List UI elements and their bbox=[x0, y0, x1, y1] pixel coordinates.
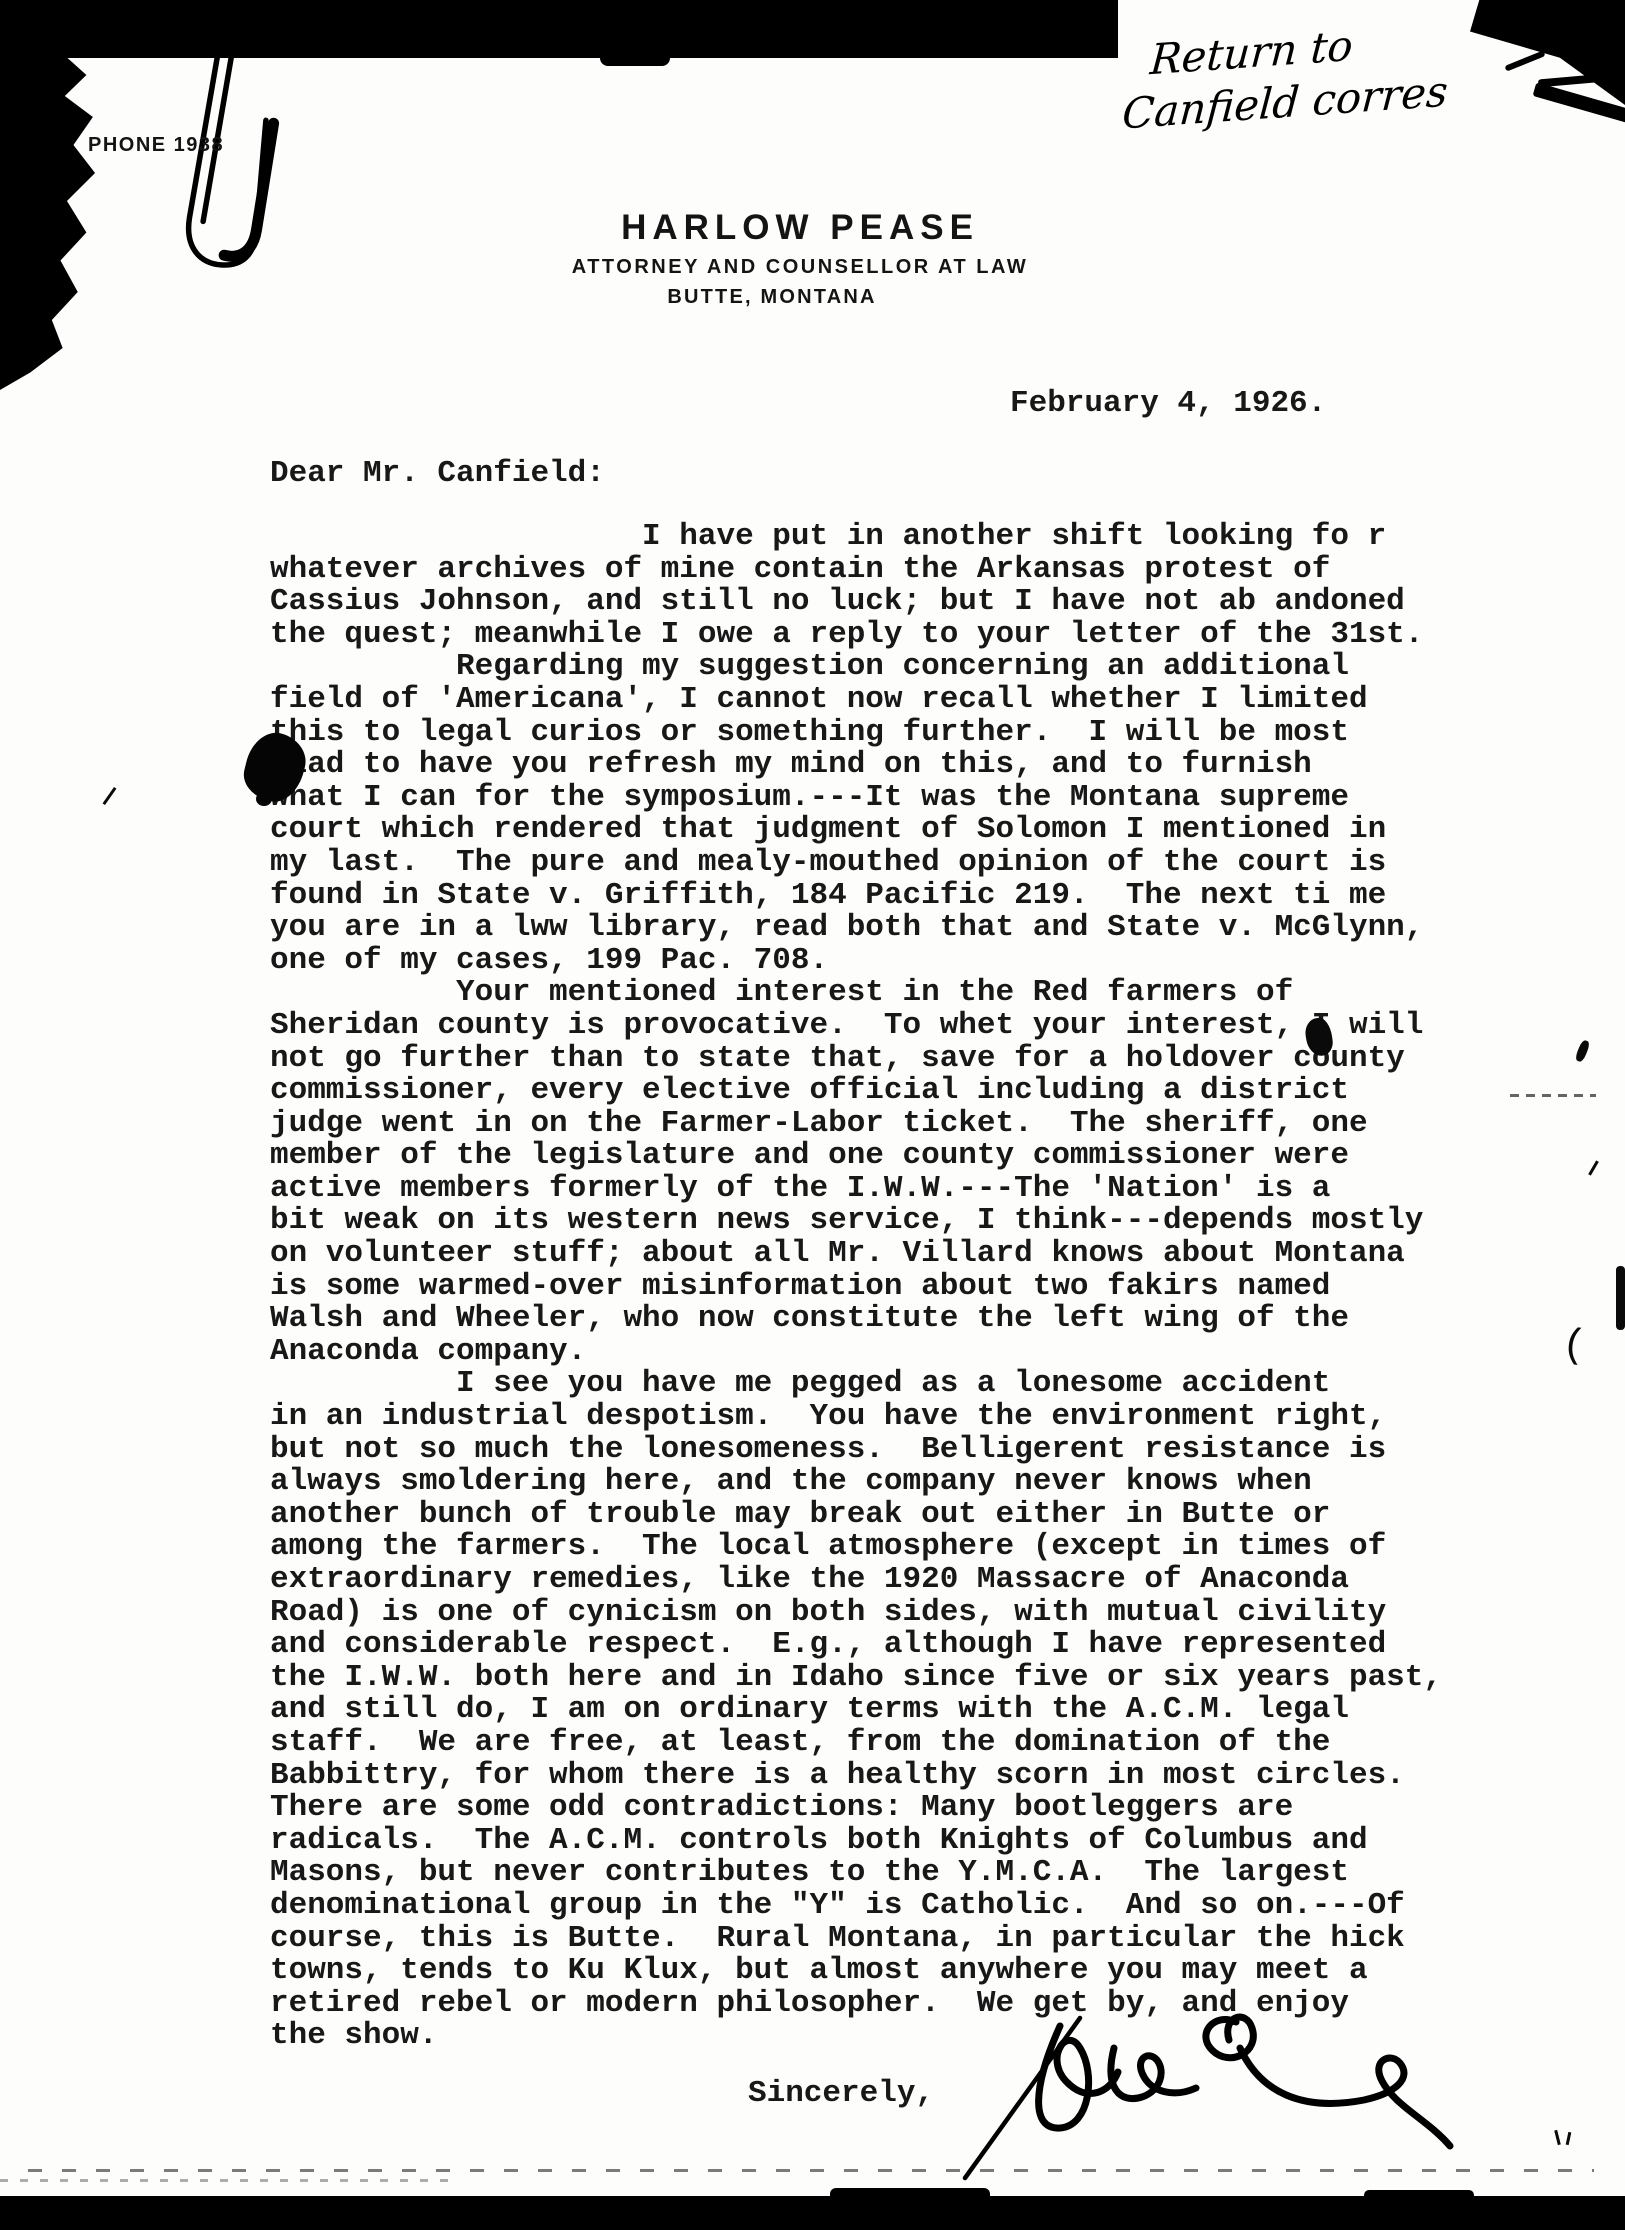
scan-dotted-line bbox=[0, 2179, 460, 2182]
stray-mark bbox=[1554, 2130, 1561, 2145]
stray-mark bbox=[1616, 1266, 1625, 1330]
stray-mark bbox=[103, 787, 117, 805]
stray-dashes bbox=[1510, 1094, 1596, 1097]
scan-left-edge-blob bbox=[0, 40, 108, 390]
letterhead-phone: PHONE 1938 bbox=[88, 134, 224, 157]
scan-top-black-bar bbox=[0, 0, 1118, 58]
letter-salutation: Dear Mr. Canfield: bbox=[270, 458, 605, 491]
letterhead-location: BUTTE, MONTANA bbox=[402, 286, 1142, 309]
scan-bottom-black-bar bbox=[0, 2196, 1625, 2230]
stray-mark bbox=[1566, 2132, 1572, 2145]
letterhead-title: ATTORNEY AND COUNSELLOR AT LAW bbox=[430, 256, 1170, 279]
letter-date: February 4, 1926. bbox=[1010, 388, 1326, 421]
scan-top-bar-bump bbox=[600, 56, 670, 66]
letter-body: I have put in another shift looking fo r… bbox=[270, 521, 1442, 2053]
letter-closing: Sincerely, bbox=[748, 2078, 934, 2111]
scan-bottom-bar-bump bbox=[1364, 2190, 1474, 2198]
letterhead-name: HARLOW PEASE bbox=[430, 208, 1170, 248]
stray-mark bbox=[1588, 1160, 1599, 1175]
ink-blot bbox=[256, 792, 272, 806]
signature bbox=[930, 1978, 1470, 2188]
scan-bottom-bar-bump bbox=[830, 2188, 990, 2198]
paperclip bbox=[170, 50, 301, 320]
pen-streak bbox=[1504, 50, 1545, 71]
stray-paren-mark: ( bbox=[1560, 1323, 1589, 1370]
stray-mark bbox=[1574, 1039, 1591, 1063]
scanned-letter-page: Return to Canfield corres PHONE 1938 HAR… bbox=[0, 0, 1625, 2230]
